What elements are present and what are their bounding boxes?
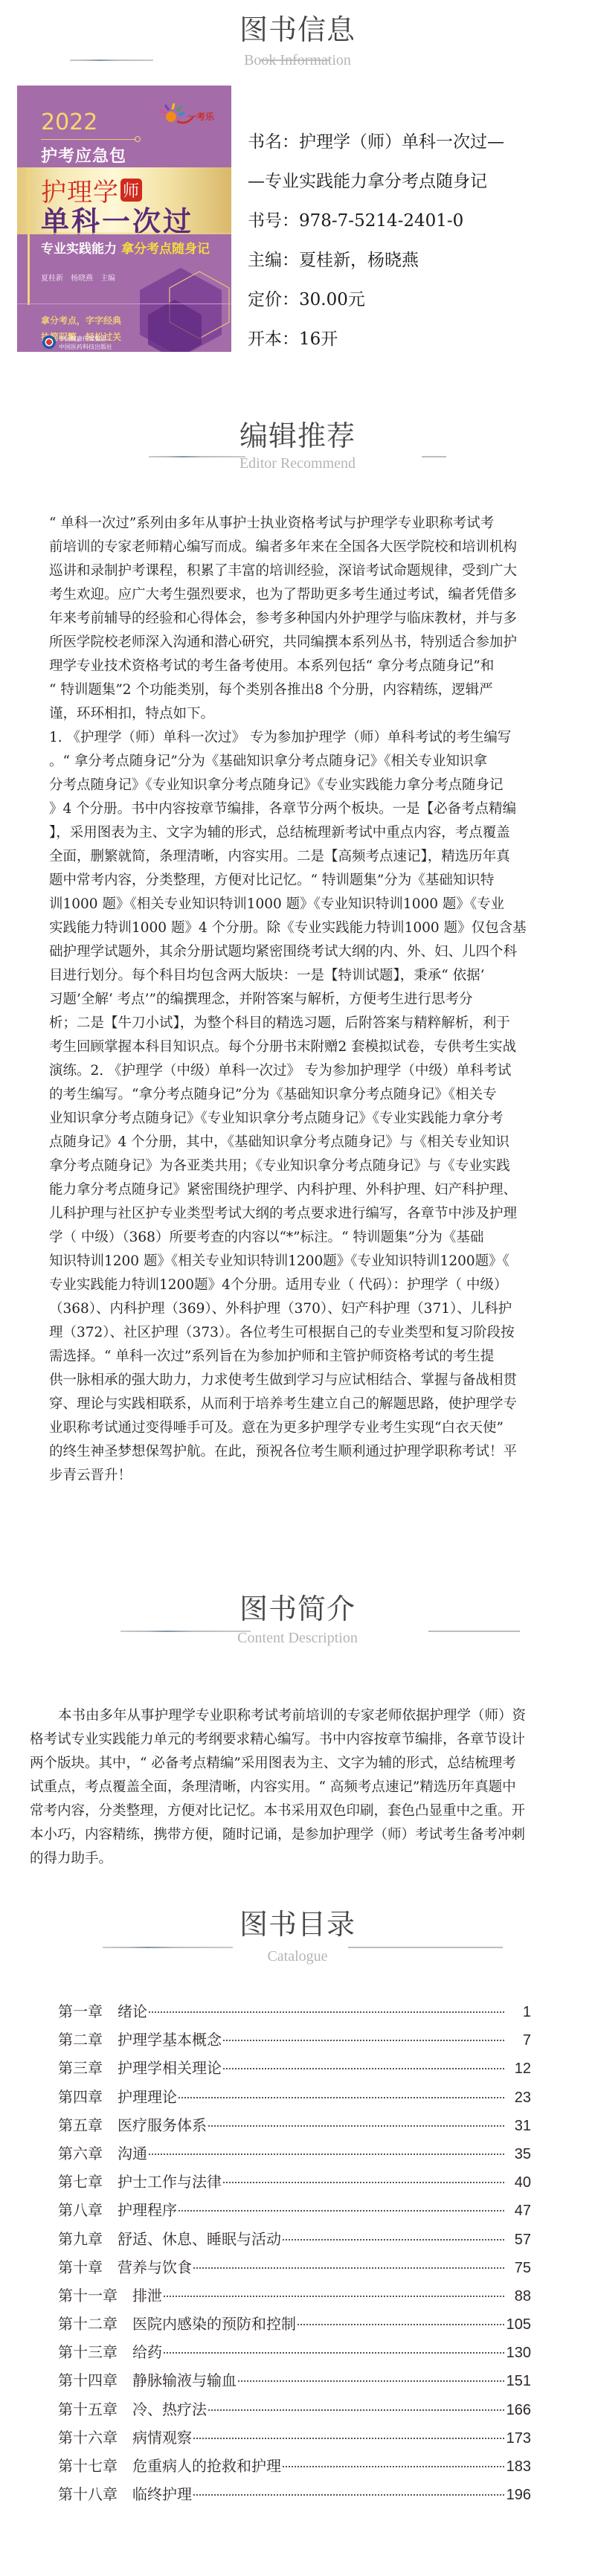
description-line: 两个版块。其中，“ 必备考点精编”采用图表为主、文字为辅的形式，总结梳理考: [30, 1752, 567, 1776]
recommend-line: 1. 《护理学（师）单科一次过》 专为参加护理学（师）单科考试的考生编写: [49, 726, 549, 750]
recommend-line: 业知识拿分考点随身记》《专业知识拿分考点随身记》《专业实践能力拿分考: [49, 1107, 549, 1131]
toc-chapter-number: 第五章: [58, 2111, 103, 2139]
toc-entry[interactable]: 第一章绪论1: [58, 1997, 531, 2026]
toc-page-number: 105: [506, 2310, 531, 2339]
recommend-line: 前培训的专家老师精心编写而成。编者多年来在全国各大医学院校和培训机构: [49, 536, 549, 559]
toc-entry[interactable]: 第十章营养与饮食75: [58, 2253, 531, 2281]
book-isbn: 书号：978-7-5214-2401-0: [248, 202, 590, 241]
section-subtitle: Catalogue: [0, 1948, 595, 1965]
recommend-line: 年来考前辅导的经验和心得体会，参考多种国内外护理学与临床教材，并与多: [49, 607, 549, 631]
recommend-line: 供一脉相承的强大助力，力求使考生做到学习与应试相结合、掌握与备战相贯: [49, 1369, 549, 1393]
recommend-line: 拿分考点随身记》为各亚类共用；《专业知识拿分考点随身记》与《专业实践: [49, 1154, 549, 1178]
toc-dot-leader: [208, 2409, 504, 2411]
toc-chapter-number: 第十一章: [58, 2281, 118, 2310]
recommend-line: “ 特训题集”2 个功能类别，每个类别各推出8 个分册，内容精练，逻辑严: [49, 678, 549, 702]
recommend-line: 演练。2. 《护理学（中级）单科一次过》 专为参加护理学（中级）单科考试: [49, 1059, 549, 1083]
recommend-line: 知识特训1200 题》《相关专业知识特训1200题》《专业知识特训1200题》《: [49, 1250, 549, 1273]
description-line: 本小巧，内容精练，携带方便，随时记诵，是参加护理学（师）考试考生备考冲刺: [30, 1823, 567, 1847]
description-line: 格考试专业实践能力单元的考纲要求精心编写。书中内容按章节编排，各章节设计: [30, 1728, 567, 1752]
toc-entry[interactable]: 第二章护理学基本概念7: [58, 2026, 531, 2054]
toc-dot-leader: [223, 2040, 504, 2041]
content-description-text: 本书由多年从事护理学专业职称考试考前培训的专家老师依据护理学（师）资格考试专业实…: [30, 1704, 567, 1871]
toc-entry[interactable]: 第十七章危重病人的抢救和护理183: [58, 2452, 531, 2480]
recommend-line: 理学专业技术资格考试的考生备考使用。本系列包括“ 拿分考点随身记”和: [49, 655, 549, 678]
toc-chapter-number: 第十二章: [58, 2310, 118, 2338]
toc-page-number: 31: [506, 2112, 531, 2140]
recommend-line: 业职称考试通过变得唾手可及。意在为更多护理学专业考生实现“白衣天使”: [49, 1416, 549, 1440]
toc-dot-leader: [164, 2352, 504, 2354]
toc-entry[interactable]: 第四章护理理论23: [58, 2083, 531, 2111]
toc-dot-leader: [178, 2097, 504, 2098]
svg-text:一考乐: 一考乐: [187, 111, 215, 122]
recommend-line: 题中常考内容，分类整理，方便对比记忆。“ 特训题集”分为《基础知识特: [49, 869, 549, 893]
toc-chapter-title: 冷、热疗法: [132, 2395, 207, 2424]
toc-chapter-number: 第十八章: [58, 2480, 118, 2508]
recommend-line: 学（ 中级）（368）所要考查的内容以“*”标注。“ 特训题集”分为《基础: [49, 1226, 549, 1250]
cover-year-underline: [41, 139, 136, 140]
toc-chapter-title: 绪论: [118, 1997, 147, 2026]
toc-chapter-title: 营养与饮食: [118, 2253, 192, 2281]
toc-chapter-title: 护理程序: [118, 2196, 177, 2224]
recommend-line: 的终生神圣梦想保驾护航。在此，预祝各位考生顺利通过护理学职称考试！平: [49, 1440, 549, 1464]
toc-chapter-number: 第十章: [58, 2253, 103, 2281]
toc-dot-leader: [297, 2324, 504, 2325]
section-title: 编辑推荐: [0, 417, 595, 455]
toc-chapter-number: 第一章: [58, 1997, 103, 2026]
toc-page-number: 35: [506, 2140, 531, 2168]
toc-entry[interactable]: 第三章护理学相关理论12: [58, 2054, 531, 2082]
toc-page-number: 1: [506, 1998, 531, 2026]
section-header-recommend: 编辑推荐 Editor Recommend: [0, 417, 595, 484]
recommend-line: 析；二是【牛刀小试】，为整个科目的精选习题，后附答案与精粹解析，利于: [49, 1012, 549, 1035]
toc-entry[interactable]: 第九章舒适、休息、睡眠与活动57: [58, 2225, 531, 2253]
section-header-description: 图书简介 Content Description: [0, 1590, 595, 1657]
description-line: 试重点，考点覆盖全面，条理清晰，内容实用。“ 高频考点速记”精选历年真题中: [30, 1776, 567, 1799]
toc-dot-leader: [193, 2438, 504, 2439]
recommend-line: 谨，环环相扣，特点如下。: [49, 702, 549, 726]
toc-chapter-number: 第六章: [58, 2139, 103, 2168]
toc-chapter-title: 护士工作与法律: [118, 2168, 222, 2196]
book-info-list: 书名：护理学（师）单科一次过— —专业实践能力拿分考点随身记 书号：978-7-…: [248, 123, 590, 359]
cover-gold-stripe: [28, 167, 30, 305]
toc-dot-leader: [223, 2182, 504, 2183]
section-title: 图书信息: [0, 10, 595, 49]
section-title: 图书目录: [0, 1905, 595, 1944]
publisher-logo-icon: 一考乐: [155, 100, 218, 130]
toc-page-number: 166: [506, 2396, 531, 2424]
toc-chapter-number: 第十三章: [58, 2338, 118, 2366]
toc-page-number: 40: [506, 2168, 531, 2197]
toc-chapter-number: 第十六章: [58, 2424, 118, 2452]
toc-chapter-title: 给药: [132, 2338, 162, 2366]
recommend-line: 专业实践能力特训1200题》4个分册。适用专业（ 代码）：护理学（ 中级）: [49, 1273, 549, 1297]
recommend-line: 点随身记》4 个分册，其中，《基础知识拿分考点随身记》与《相关专业知识: [49, 1131, 549, 1154]
toc-chapter-number: 第十五章: [58, 2395, 118, 2424]
book-format: 开本：16开: [248, 320, 590, 359]
toc-chapter-number: 第四章: [58, 2083, 103, 2111]
cover-authors: 夏桂新 杨晓燕 主编: [41, 272, 115, 283]
recommend-line: 能力拿分考点随身记》紧密围绕护理学、内科护理、外科护理、妇产科护理、: [49, 1178, 549, 1202]
description-line: 常考内容，分类整理，方便对比记忆。本书采用双色印刷，套色凸显重中之重。开: [30, 1799, 567, 1823]
recommend-line: 步青云晋升！: [49, 1464, 549, 1488]
book-price: 定价：30.00元: [248, 280, 590, 320]
recommend-line: 础护理学试题外，其余分册试题均紧密围绕考试大纲的内、外、妇、儿四个科: [49, 940, 549, 964]
toc-page-number: 57: [506, 2226, 531, 2254]
editor-recommend-text: “ 单科一次过”系列由多年从事护士执业资格考试与护理学专业职称考试考前培训的专家…: [49, 512, 549, 1488]
recommend-line: （368）、内科护理（369）、外科护理（370）、妇产科护理（371）、儿科护: [49, 1297, 549, 1321]
toc-page-number: 196: [506, 2481, 531, 2509]
toc-chapter-title: 静脉输液与输血: [132, 2366, 237, 2394]
toc-chapter-title: 护理学基本概念: [118, 2026, 222, 2054]
recommend-line: 理（372）、社区护理（373）。各位考生可根据自己的专业类型和复习阶段按: [49, 1321, 549, 1345]
recommend-line: 考生回顾掌握本科目知识点。每个分册书末附赠2 套模拟试卷，专供考生实战: [49, 1035, 549, 1059]
section-header-catalogue: 图书目录 Catalogue: [0, 1905, 595, 1972]
toc-page-number: 12: [506, 2055, 531, 2083]
book-cover-image: 一考乐 2022 护考应急包 护理学师 单科一次过 专业实践能力拿分考点随身记 …: [17, 86, 231, 352]
cover-lower-divider: [17, 303, 231, 304]
recommend-line: 考生欢迎。应广大考生强烈要求，也为了帮助更多考生通过考试，编者凭借多: [49, 583, 549, 607]
toc-page-number: 7: [506, 2026, 531, 2055]
section-title: 图书简介: [0, 1590, 595, 1628]
toc-chapter-title: 医院内感染的预防和控制: [132, 2310, 296, 2338]
recommend-line: 巡讲和录制护考课程，积累了丰富的培训经验，深谙考试命题规律，受到广大: [49, 559, 549, 583]
recommend-line: 。“ 拿分考点随身记”分为《基础知识拿分考点随身记》《相关专业知识拿: [49, 750, 549, 774]
recommend-line: 穿、理论与实践相联系，从而利于培养考生建立自己的解题思路，使护理学专: [49, 1393, 549, 1416]
recommend-line: 全面，删繁就简，条理清晰，内容实用。二是【高频考点速记】，精选历年真: [49, 845, 549, 869]
toc-page-number: 23: [506, 2084, 531, 2112]
toc-chapter-title: 医疗服务体系: [118, 2111, 207, 2139]
recommend-line: 训1000 题》《相关专业知识特训1000 题》《专业知识特训1000 题》《专…: [49, 893, 549, 916]
recommend-line: 》4 个分册。书中内容按章节编排，各章节分两个板块。一是【必备考点精编: [49, 797, 549, 821]
cover-dot-decoration: [135, 136, 141, 142]
toc-chapter-title: 排泄: [132, 2281, 162, 2310]
recommend-line: 习题’全解‘ 考点’”的编撰理念，并附答案与解析，方便考生进行思考分: [49, 988, 549, 1012]
recommend-line: 分考点随身记》《专业知识拿分考点随身记》《专业实践能力拿分考点随身记: [49, 774, 549, 797]
toc-entry[interactable]: 第五章医疗服务体系31: [58, 2111, 531, 2139]
recommend-line: “ 单科一次过”系列由多年从事护士执业资格考试与护理学专业职称考试考: [49, 512, 549, 536]
toc-dot-leader: [193, 2494, 504, 2496]
toc-chapter-number: 第二章: [58, 2026, 103, 2054]
recommend-line: 儿科护理与社区护专业类型考试大纲的考点要求进行编写，各章节中涉及护理: [49, 1202, 549, 1226]
description-line: 本书由多年从事护理学专业职称考试考前培训的专家老师依据护理学（师）资: [30, 1704, 567, 1728]
recommend-line: 】，采用图表为主、文字为辅的形式，总结梳理新考试中重点内容，考点覆盖: [49, 821, 549, 845]
toc-page-number: 173: [506, 2424, 531, 2453]
recommend-line: 目进行划分。每个科目均包含两大版块：一是【特训试题】，秉承“ 依据‘: [49, 964, 549, 988]
toc-chapter-title: 临终护理: [132, 2480, 192, 2508]
recommend-line: 所医学院校老师深入沟通和潜心研究，共同编撰本系列丛书，特别适合参加护: [49, 631, 549, 655]
hexagon-decoration-icon: [129, 264, 231, 352]
toc-entry[interactable]: 第十五章冷、热疗法166: [58, 2395, 531, 2424]
toc-chapter-title: 护理理论: [118, 2083, 177, 2111]
toc-dot-leader: [178, 2210, 504, 2212]
toc-chapter-number: 第三章: [58, 2054, 103, 2082]
recommend-line: 需选择。“ 单科一次过”系列旨在为参加护师和主管护师资格考试的考生提: [49, 1345, 549, 1369]
section-subtitle: Content Description: [0, 1630, 595, 1647]
toc-chapter-number: 第九章: [58, 2225, 103, 2253]
toc-chapter-title: 舒适、休息、睡眠与活动: [118, 2225, 281, 2253]
toc-chapter-number: 第十四章: [58, 2366, 118, 2394]
book-title-line1: 书名：护理学（师）单科一次过—: [248, 123, 590, 162]
cover-subtitle: 专业实践能力拿分考点随身记: [41, 238, 210, 257]
section-subtitle: Editor Recommend: [0, 455, 595, 472]
toc-page-number: 88: [506, 2282, 531, 2310]
cover-year: 2022: [41, 109, 97, 135]
description-line: 的得力助手。: [30, 1847, 567, 1871]
toc-entry[interactable]: 第十三章给药130: [58, 2338, 531, 2366]
toc-entry[interactable]: 第十二章医院内感染的预防和控制105: [58, 2310, 531, 2338]
toc-dot-leader: [283, 2466, 504, 2467]
section-subtitle: Book Information: [0, 52, 595, 69]
toc-dot-leader: [208, 2125, 504, 2127]
toc-dot-leader: [193, 2267, 504, 2269]
recommend-line: 实践能力特训1000 题》4 个分册。除《专业实践能力特训1000 题》仅包含基: [49, 916, 549, 940]
toc-chapter-title: 病情观察: [132, 2424, 192, 2452]
toc-entry[interactable]: 第十四章静脉输液与输血151: [58, 2366, 531, 2394]
toc-dot-leader: [149, 2153, 504, 2155]
section-header-book-info: 图书信息 Book Information: [0, 10, 595, 77]
toc-page-number: 130: [506, 2339, 531, 2367]
toc-dot-leader: [149, 2011, 504, 2013]
book-title-line2: —专业实践能力拿分考点随身记: [248, 162, 590, 202]
toc-page-number: 47: [506, 2197, 531, 2225]
toc-entry[interactable]: 第十六章病情观察173: [58, 2424, 531, 2452]
book-editors: 主编：夏桂新，杨晓燕: [248, 241, 590, 280]
toc-page-number: 151: [506, 2367, 531, 2395]
cover-series-pack: 护考应急包: [41, 144, 126, 167]
toc-entry[interactable]: 第六章沟通35: [58, 2139, 531, 2168]
toc-dot-leader: [283, 2239, 504, 2241]
toc-dot-leader: [223, 2068, 504, 2069]
toc-page-number: 75: [506, 2254, 531, 2282]
table-of-contents: 第一章绪论1第二章护理学基本概念7第三章护理学相关理论12第四章护理理论23第五…: [58, 1997, 531, 2508]
toc-chapter-title: 危重病人的抢救和护理: [132, 2452, 281, 2480]
cover-publisher: 中国健康传媒集团 中国医药科技出版社: [42, 335, 112, 351]
toc-chapter-title: 护理学相关理论: [118, 2054, 222, 2082]
toc-dot-leader: [238, 2380, 504, 2382]
toc-entry[interactable]: 第十一章排泄88: [58, 2281, 531, 2310]
toc-chapter-number: 第十七章: [58, 2452, 118, 2480]
toc-entry[interactable]: 第八章护理程序47: [58, 2196, 531, 2224]
toc-chapter-title: 沟通: [118, 2139, 147, 2168]
toc-entry[interactable]: 第十八章临终护理196: [58, 2480, 531, 2508]
cover-divider: [38, 233, 231, 234]
toc-chapter-number: 第七章: [58, 2168, 103, 2196]
toc-dot-leader: [164, 2296, 504, 2297]
toc-page-number: 183: [506, 2453, 531, 2481]
toc-entry[interactable]: 第七章护士工作与法律40: [58, 2168, 531, 2196]
toc-chapter-number: 第八章: [58, 2196, 103, 2224]
recommend-line: 的考生编写。“拿分考点随身记”分为《基础知识拿分考点随身记》《相关专: [49, 1083, 549, 1107]
